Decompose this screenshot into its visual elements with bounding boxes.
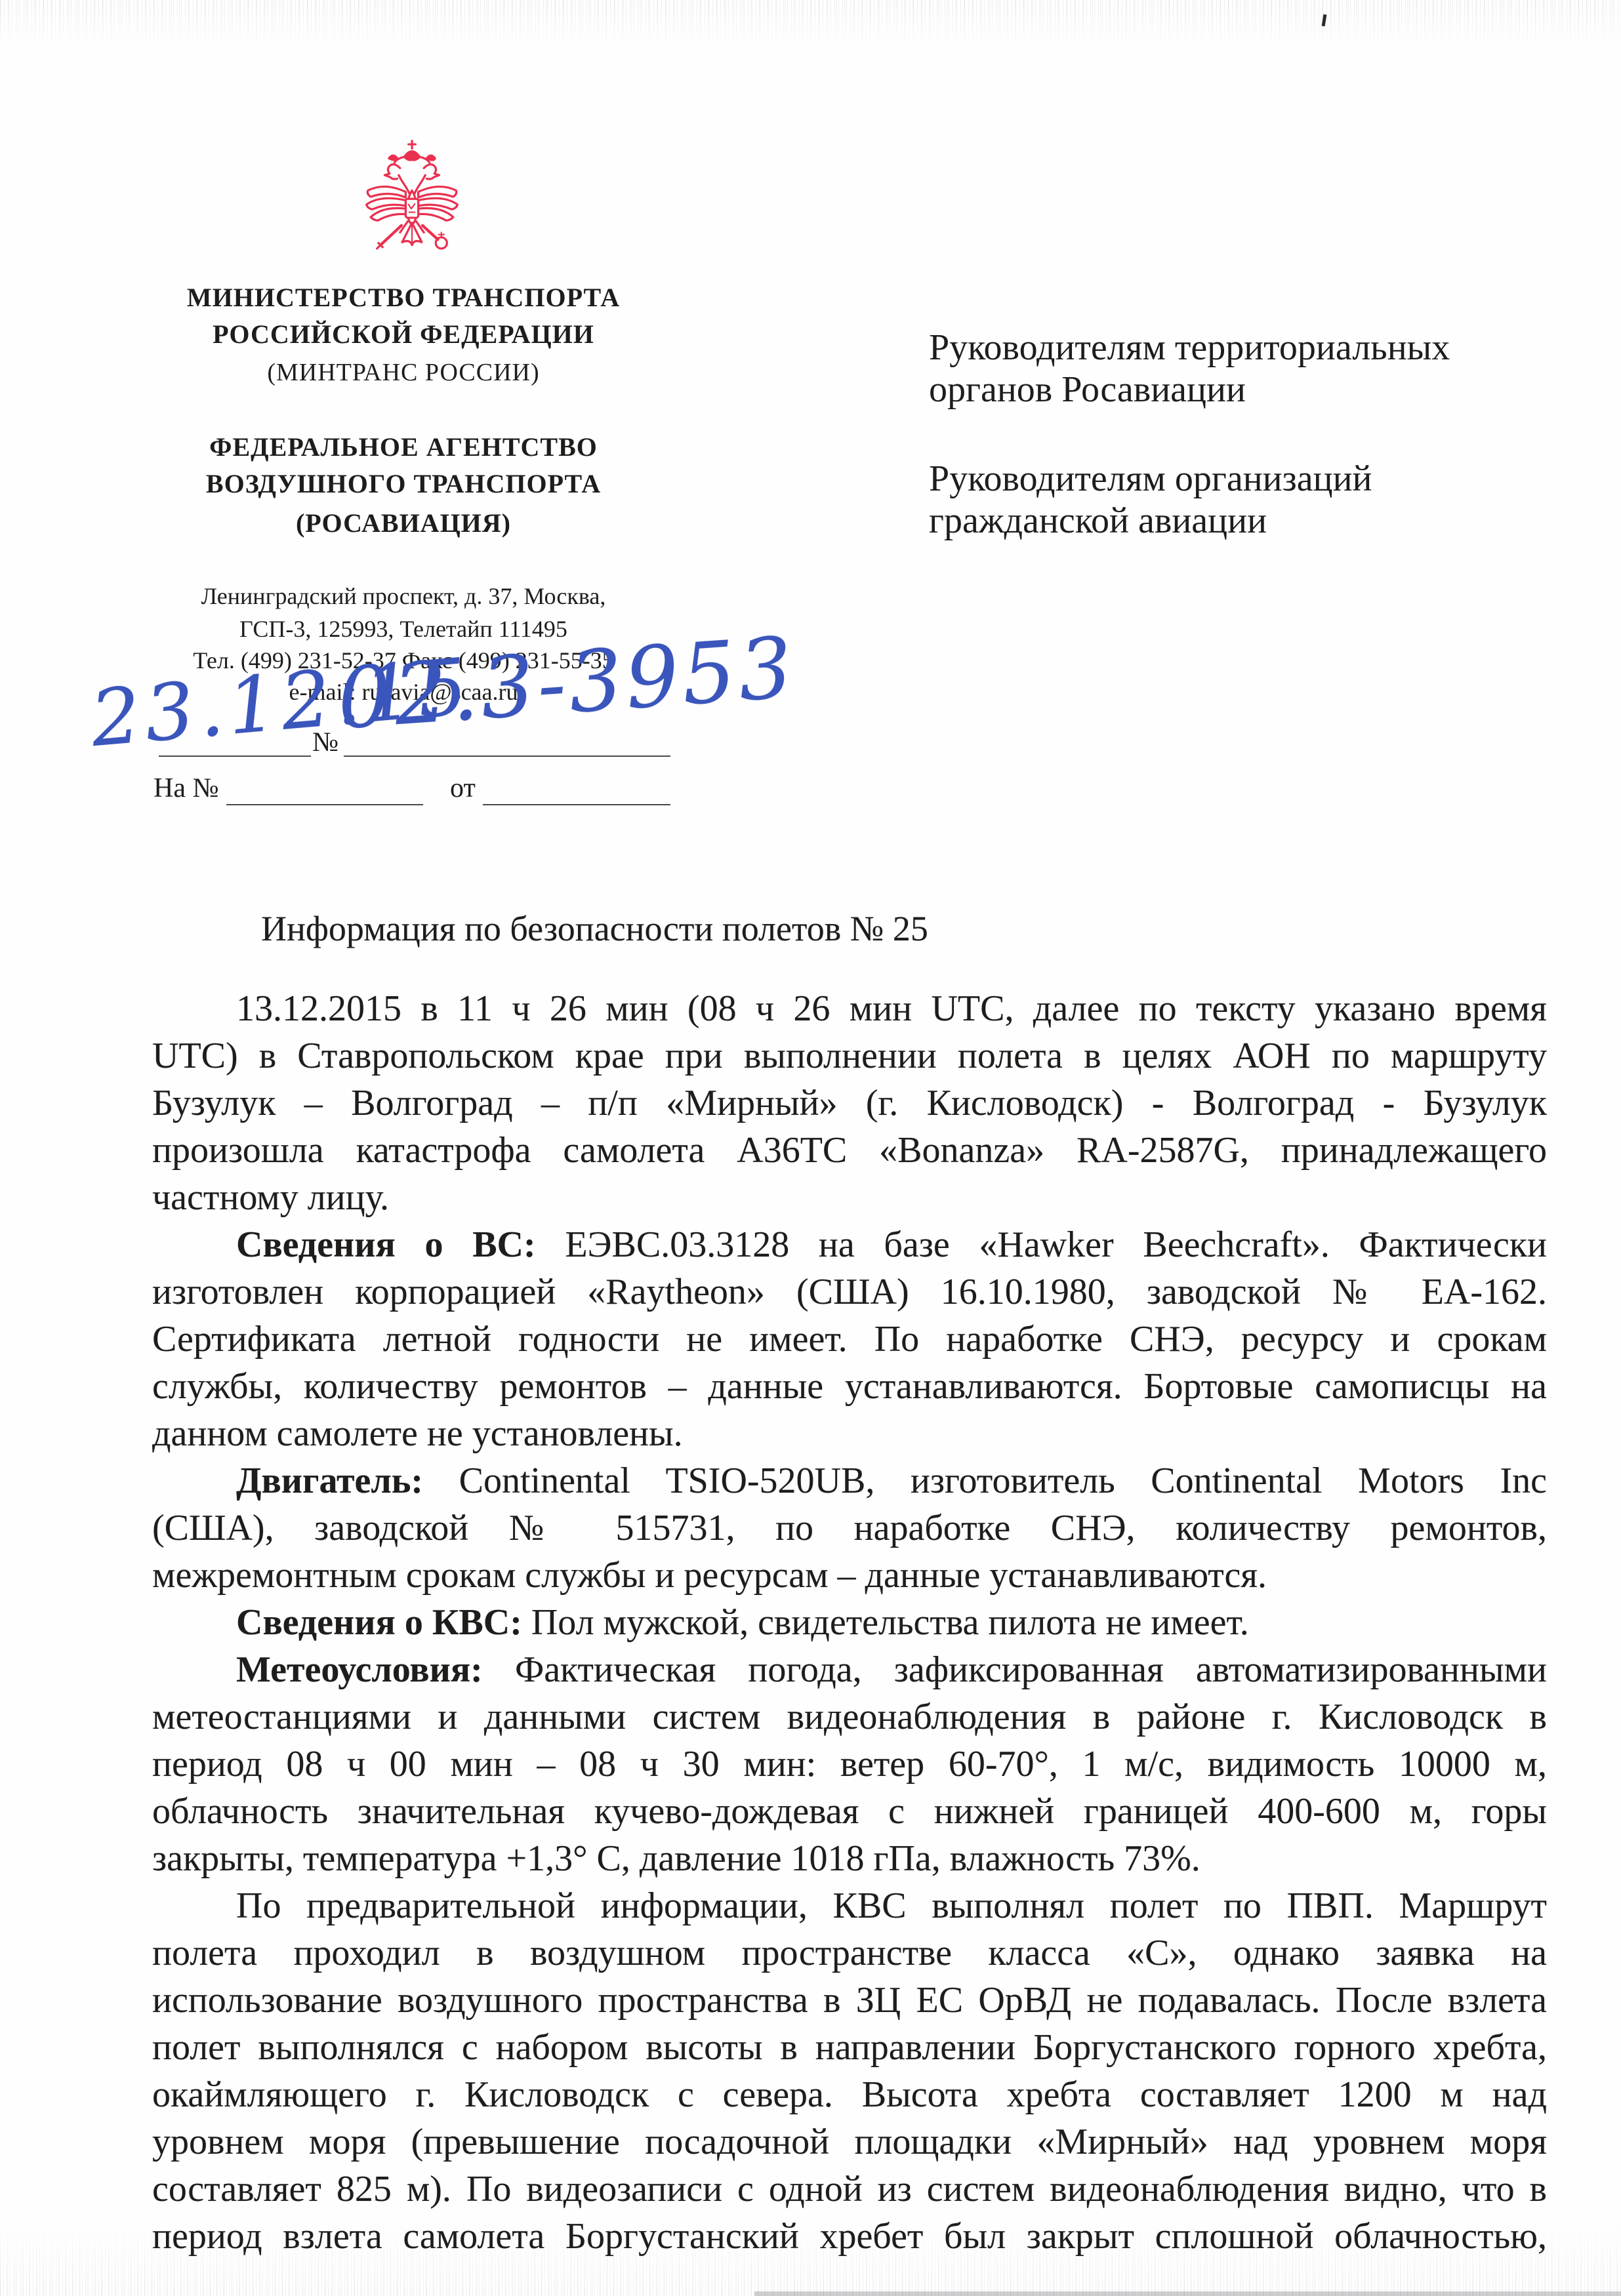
body-text-line: межремонтным срокам службы и ресурсам – …: [152, 1552, 1547, 1599]
body-text-line: период 08 ч 00 мин – 08 ч 30 мин: ветер …: [152, 1741, 1547, 1788]
body-text-line: (США), заводской № 515731, по наработке …: [152, 1504, 1547, 1552]
reply-number-blank-line: [226, 804, 423, 805]
scanner-noise-bottom: [0, 2224, 1621, 2296]
body-text-line: Двигатель: Continental TSIO-520UB, изгот…: [152, 1457, 1547, 1504]
body-text-line: закрыты, температура +1,3° С, давление 1…: [152, 1835, 1547, 1882]
body-text-line: По предварительной информации, КВС выпол…: [152, 1882, 1547, 1929]
body-text-line: окаймляющего г. Кисловодск с севера. Выс…: [152, 2071, 1547, 2118]
body-text-line: произошла катастрофа самолета А36ТС «Bon…: [152, 1127, 1547, 1174]
document-body: 13.12.2015 в 11 ч 26 мин (08 ч 26 мин UT…: [152, 985, 1547, 2260]
reply-date-blank-line: [483, 804, 670, 805]
scanned-letter-page: МИНИСТЕРСТВО ТРАНСПОРТА РОССИЙСКОЙ ФЕДЕР…: [0, 0, 1621, 2296]
number-blank-line: [344, 755, 670, 757]
addressee-line4: гражданской авиации: [929, 500, 1267, 542]
ministry-name-line2: РОССИЙСКОЙ ФЕДЕРАЦИИ: [92, 319, 715, 350]
agency-name-line1: ФЕДЕРАЛЬНОЕ АГЕНТСТВО: [92, 432, 715, 462]
body-text-line: UTC) в Ставропольском крае при выполнени…: [152, 1032, 1547, 1079]
agency-name-line2: ВОЗДУШНОГО ТРАНСПОРТА: [92, 468, 715, 499]
body-text-line: Метеоусловия: Фактическая погода, зафикс…: [152, 1646, 1547, 1693]
ministry-name-line1: МИНИСТЕРСТВО ТРАНСПОРТА: [92, 282, 715, 313]
body-text-line: изготовлен корпорацией «Raytheon» (США) …: [152, 1268, 1547, 1316]
postal-address-line1: Ленинградский проспект, д. 37, Москва,: [92, 582, 715, 610]
document-title: Информация по безопасности полетов № 25: [261, 908, 928, 949]
body-text-line: 13.12.2015 в 11 ч 26 мин (08 ч 26 мин UT…: [152, 985, 1547, 1032]
body-text-line: данном самолете не установлены.: [152, 1410, 1547, 1457]
addressee-line1: Руководителям территориальных: [929, 327, 1450, 369]
scanner-edge-strip: [754, 2291, 1621, 2296]
reply-date-label: от: [450, 773, 476, 804]
body-text-line: Бузулук – Волгоград – п/п «Мирный» (г. К…: [152, 1079, 1547, 1127]
addressee-line2: органов Росавиации: [929, 369, 1246, 411]
reply-number-label: На №: [154, 773, 219, 804]
double-headed-eagle-emblem-icon: [359, 138, 464, 254]
body-text-line: облачность значительная кучево-дождевая …: [152, 1788, 1547, 1835]
ministry-short-name: (МИНТРАНС РОССИИ): [92, 358, 715, 387]
body-text-line: Сведения о ВС: ЕЭВС.03.3128 на базе «Haw…: [152, 1221, 1547, 1268]
body-text-line: службы, количеству ремонтов – данные уст…: [152, 1363, 1547, 1410]
body-text-line: полет выполнялся с набором высоты в напр…: [152, 2024, 1547, 2071]
body-text-line: Сведения о КВС: Пол мужской, свидетельст…: [152, 1599, 1547, 1646]
body-text-line: Сертификата летной годности не имеет. По…: [152, 1316, 1547, 1363]
body-text-line: частному лицу.: [152, 1174, 1547, 1221]
addressee-line3: Руководителям организаций: [929, 458, 1372, 500]
scanner-noise-top: [0, 0, 1621, 46]
agency-short-name: (РОСАВИАЦИЯ): [92, 508, 715, 538]
body-text-line: полета проходил в воздушном пространстве…: [152, 1929, 1547, 1977]
body-text-line: составляет 825 м). По видеозаписи с одно…: [152, 2165, 1547, 2213]
body-text-line: метеостанциями и данными систем видеонаб…: [152, 1693, 1547, 1741]
body-text-line: уровнем моря (превышение посадочной площ…: [152, 2118, 1547, 2165]
body-text-line: использование воздушного пространства в …: [152, 1977, 1547, 2024]
